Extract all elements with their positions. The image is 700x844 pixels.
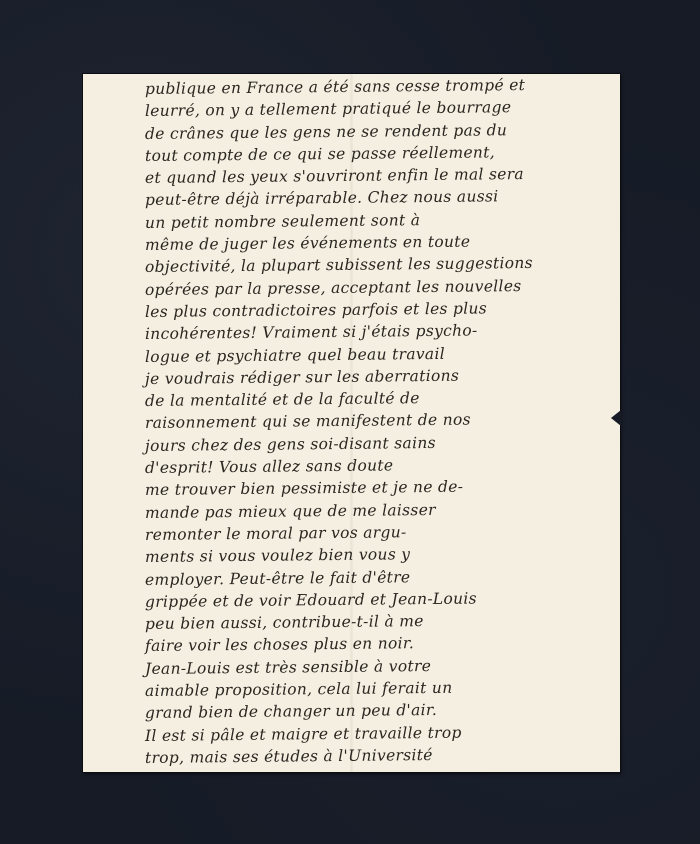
paper-tear-notch [611, 410, 621, 426]
letter-page: publique en France a été sans cesse trom… [83, 74, 620, 772]
text-line: trop, mais ses études à l'Université [145, 742, 615, 769]
handwritten-text: publique en France a été sans cesse trom… [145, 78, 615, 769]
